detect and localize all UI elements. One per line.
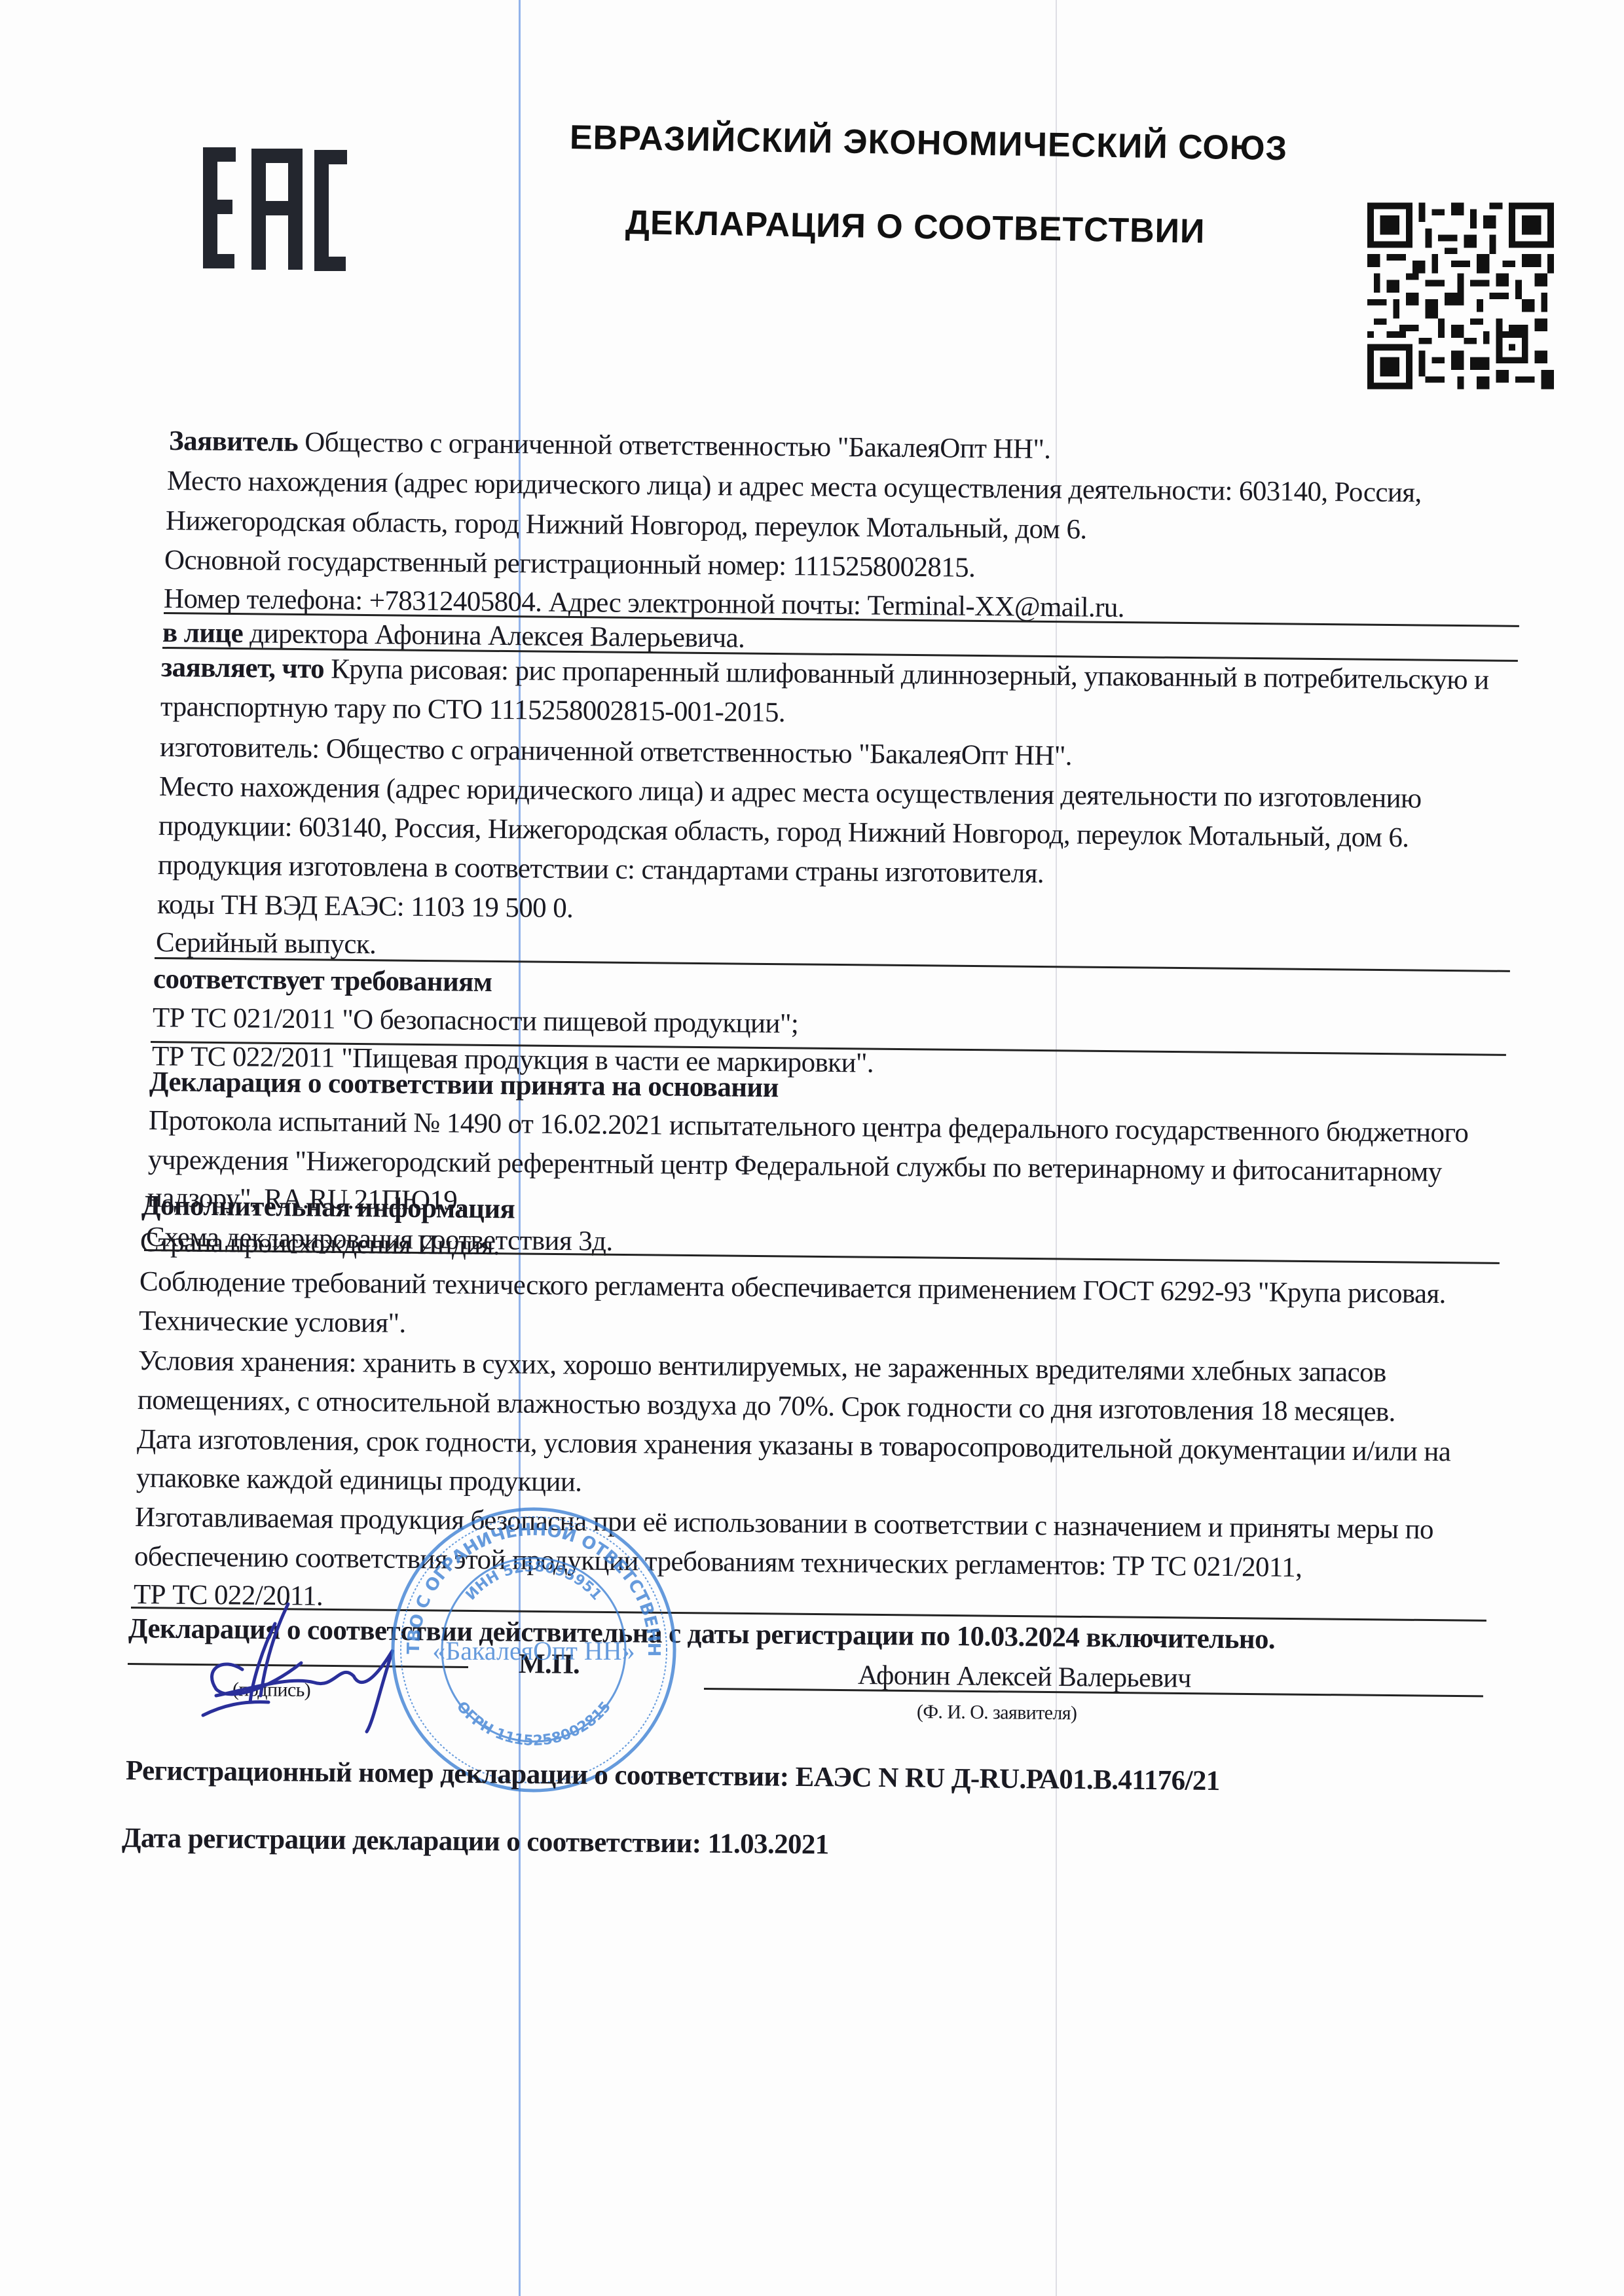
declares-label: заявляет, что [161, 652, 325, 684]
registration-date-line: Дата регистрации декларации о соответств… [122, 1824, 829, 1859]
applicant-name: Афонин Алексей Валерьевич [858, 1662, 1191, 1692]
product-line: транспортную тару по СТО 1115258002815-0… [160, 693, 785, 727]
stamp-center-text: «БакалеяОпт НН» [432, 1636, 635, 1666]
safety-statement-line: Изготавливаемая продукция безопасна при … [135, 1503, 1433, 1544]
manufacturer-line: изготовитель: Общество с ограниченной от… [160, 733, 1072, 770]
basis-label: Декларация о соответствии принята на осн… [149, 1068, 779, 1102]
union-title: ЕВРАЗИЙСКИЙ ЭКОНОМИЧЕСКИЙ СОЮЗ [570, 118, 1288, 168]
applicant-ogrn-line: Основной государственный регистрационный… [164, 546, 976, 582]
applicant-address-line: Место нахождения (адрес юридического лиц… [167, 467, 1422, 507]
safety-statement-line: обеспечению соответствия этой продукции … [134, 1542, 1302, 1582]
declaration-page: ЕВРАЗИЙСКИЙ ЭКОНОМИЧЕСКИЙ СОЮЗ ДЕКЛАРАЦИ… [0, 0, 1624, 2296]
additional-info-line: Технические условия". [139, 1307, 406, 1338]
additional-info-line: Соблюдение требований технического регла… [139, 1267, 1446, 1308]
applicant-label: Заявитель [169, 426, 299, 458]
eac-logo-icon [196, 141, 354, 272]
storage-conditions-line: помещениях, с относительной влажностью в… [138, 1386, 1395, 1426]
qr-code-icon [1367, 198, 1554, 394]
stamp-ogrn: ОГРН 1115258002815 [453, 1699, 614, 1749]
applicant-name-caption: (Ф. И. О. заявителя) [917, 1702, 1077, 1723]
manufacturer-address-line: продукции: 603140, Россия, Нижегородская… [158, 812, 1409, 852]
stamp-outer-text: ОБЩЕСТВО С ОГРАНИЧЕННОЙ ОТВЕТСТВЕННОСТЬЮ [380, 1496, 663, 1657]
requirements-label: соответствует требованиям [153, 965, 492, 996]
signature-icon [177, 1591, 413, 1735]
representative-label: в лице [162, 617, 244, 649]
test-protocol-line: учреждения "Нижегородский референтный це… [148, 1146, 1442, 1186]
additional-info-label: Дополнительная информация [141, 1192, 515, 1223]
manufacturer-address-line: Место нахождения (адрес юридического лиц… [159, 773, 1422, 813]
serial-line: Серийный выпуск. [156, 928, 377, 958]
origin-country-line: Страна происхождения Индия. [140, 1228, 500, 1260]
hs-code-line: коды ТН ВЭД ЕАЭС: 1103 19 500 0. [157, 890, 574, 922]
applicant-line: Заявитель Общество с ограниченной ответс… [169, 427, 1051, 464]
requirement-item: ТР ТС 021/2011 "О безопасности пищевой п… [153, 1004, 799, 1038]
additional-info-line: Дата изготовления, срок годности, услови… [137, 1425, 1451, 1466]
storage-conditions-line: Условия хранения: хранить в сухих, хорош… [138, 1347, 1386, 1387]
stamp-inn: ИНН 5258095951 [463, 1559, 605, 1604]
registration-number: ЕАЭС N RU Д-RU.РА01.В.41176/21 [795, 1762, 1220, 1796]
standards-line: продукция изготовлена в соответствии с: … [158, 851, 1044, 888]
registration-date: 11.03.2021 [707, 1829, 829, 1861]
applicant-address-line: Нижегородская область, город Нижний Новг… [166, 507, 1087, 544]
additional-info-line: упаковке каждой единицы продукции. [136, 1464, 582, 1497]
document-title: ДЕКЛАРАЦИЯ О СООТВЕТСТВИИ [625, 203, 1206, 251]
scan-artifact-line [1056, 0, 1057, 2296]
test-protocol-line: Протокола испытаний № 1490 от 16.02.2021… [149, 1106, 1469, 1147]
